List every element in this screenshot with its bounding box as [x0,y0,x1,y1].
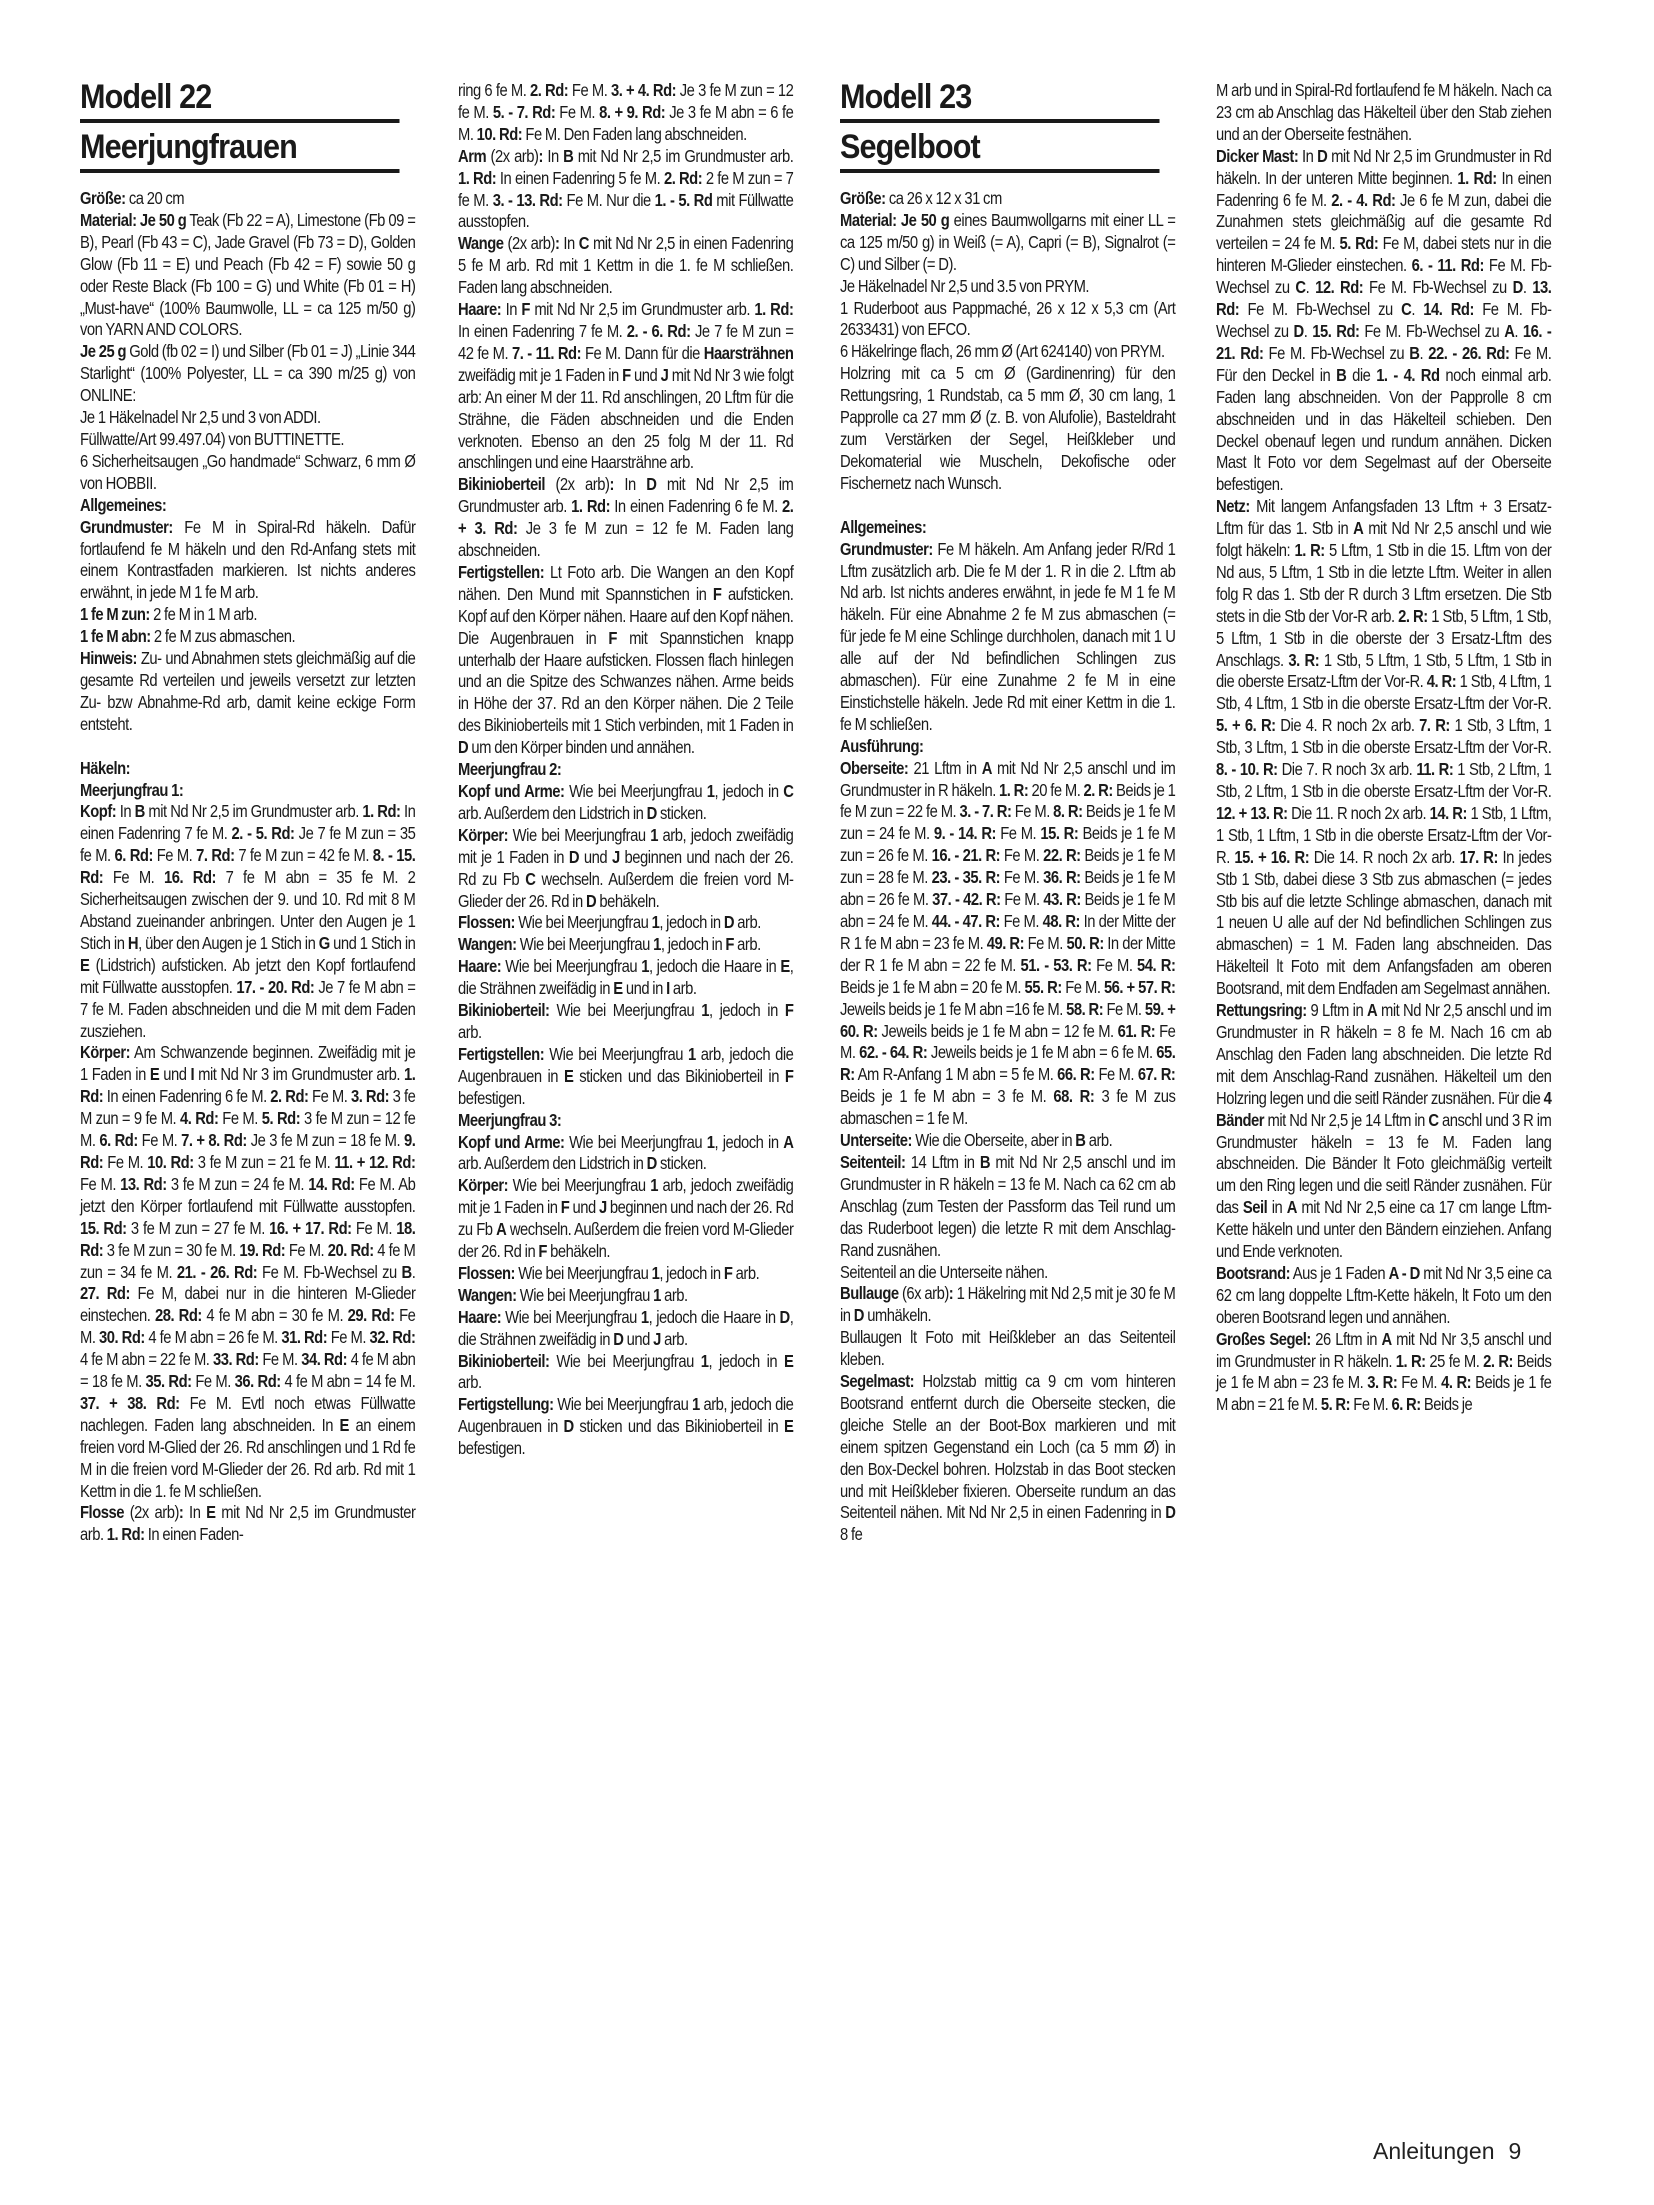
bold-label: D [458,737,468,757]
bold-label: Meerjungfrau 3: [458,1110,561,1130]
bold-label: D [586,891,596,911]
bold-label: C [579,233,589,253]
instruction-paragraph: Allgemeines: [80,495,415,517]
bold-label: J [599,1197,607,1217]
body-text: Füllwatte/Art 99.497.04) von BUTTINETTE. [80,429,344,449]
bold-label: 4. R: [1441,1372,1471,1392]
instruction-paragraph: Je Häkelnadel Nr 2,5 und 3.5 von PRYM. [840,276,1175,298]
bold-label: 22. - 26. Rd: [1428,343,1509,363]
body-text: . [1411,299,1423,319]
bold-label: C [1295,277,1305,297]
bold-label: 7. Rd: [196,845,234,865]
body-text: arb. Außerdem den Lidstrich in [458,1153,647,1173]
bold-label: 7. + 8. Rd: [181,1130,247,1150]
body-text: In [183,1502,206,1522]
bold-label: H [128,933,138,953]
instruction-paragraph: Flossen: Wie bei Meerjungfrau 1, jedoch … [458,912,793,934]
bold-label: A [783,1132,793,1152]
body-text: Fe M. [1397,1372,1441,1392]
bold-label: Großes Segel: [1216,1329,1311,1349]
body-text: In [501,299,521,319]
bold-label: 10. Rd: [147,1152,193,1172]
body-text: Die 7. R noch 3x arb. [1278,759,1417,779]
bold-label: A [1381,1329,1391,1349]
bold-label: 1 [641,1307,649,1327]
bold-label: Meerjungfrau 1: [80,780,183,800]
bold-label: 15. Rd: [1312,321,1359,341]
body-text: (2x arb) [486,146,538,166]
bold-label: E [340,1415,349,1435]
instruction-paragraph: 6 Häkelringe flach, 26 mm Ø (Art 624140)… [840,341,1175,363]
bold-label: 15. + 16. R: [1234,847,1309,867]
bold-label: 58. R: [1066,999,1103,1019]
body-text: 6 Häkelringe flach, 26 mm Ø (Art 624140)… [840,341,1165,361]
bold-label: 54. R: [1137,955,1175,975]
bold-label: D [724,912,734,932]
bold-label: Ausführung: [840,736,923,756]
body-text: 20 fe M. [1028,780,1083,800]
body-text: Wie bei Meerjungfrau [517,934,654,954]
instruction-paragraph: Unterseite: Wie die Oberseite, aber in B… [840,1130,1175,1152]
body-text: Fe M. [1000,867,1043,887]
bold-label: J [653,1329,661,1349]
body-text: Fe M. [259,1349,301,1369]
bold-label: A [1367,1000,1377,1020]
body-text: , jedoch die Haare in [649,1307,780,1327]
body-text: , jedoch die Haare in [649,956,780,976]
text-column-2: ring 6 fe M. 2. Rd: Fe M. 3. + 4. Rd: Je… [458,80,793,1460]
body-text: arb. [1086,1130,1113,1150]
instruction-paragraph: Meerjungfrau 3: [458,1110,793,1132]
body-text: Gold (fb 02 = I) und Silber (Fb 01 = J) … [80,341,415,405]
instruction-paragraph: Allgemeines: [840,517,1175,539]
body-text: 9 Lftm in [1307,1000,1367,1020]
bold-label: 8. - 10. R: [1216,759,1278,779]
body-text: und [579,847,612,867]
instruction-paragraph: Größe: ca 20 cm [80,188,415,210]
bold-label: 6. Rd: [114,845,152,865]
bold-label: 44. - 47. R: [932,911,1000,931]
body-text: arb. [458,1372,482,1392]
bold-label: Seil [1243,1197,1267,1217]
body-text: 21 Lftm in [908,758,981,778]
instruction-paragraph: Je 1 Häkelnadel Nr 2,5 und 3 von ADDI. [80,407,415,429]
body-text: Fe M. Dann für die [581,343,704,363]
body-text: In [543,146,563,166]
body-text: Wie bei Meerjungfrau [564,1132,706,1152]
bold-label: D [647,1153,657,1173]
body-text: arb. [670,978,697,998]
bold-label: 12. + 13. R: [1216,803,1288,823]
bold-label: 2. R: [1398,606,1428,626]
bold-label: F [785,1000,794,1020]
body-text: Beids je [1421,1394,1473,1414]
bold-label: E [80,955,89,975]
bold-label: 1 [652,912,660,932]
bold-label: 35. Rd: [146,1371,192,1391]
bold-label: D [613,1329,623,1349]
body-text: , jedoch in [659,1263,724,1283]
body-text: 4 fe M abn = 30 fe M. [202,1305,348,1325]
body-text: mit Nd Nr 3 im Grundmuster arb. [194,1064,404,1084]
bold-label: Rettungsring: [1216,1000,1307,1020]
body-text: Jeweils beids je 1 fe M abn =16 fe M. [840,999,1066,1019]
body-text: , jedoch in [661,934,726,954]
body-text: Wie bei Meerjungfrau [549,1000,701,1020]
body-text: umhäkeln. [864,1305,931,1325]
bold-label: B [1409,343,1419,363]
body-text: , jedoch in [714,1132,783,1152]
body-text: 3 fe M zun = 21 fe M. [194,1152,335,1172]
bold-label: Material: Je 50 g [80,210,186,230]
body-text: Fe M. [285,1240,328,1260]
instruction-paragraph: Bikinioberteil: Wie bei Meerjungfrau 1, … [458,1000,793,1044]
bold-label: 7. R: [1419,715,1450,735]
bold-label: Hinweis: [80,648,137,668]
bold-label: 1. Rd: [571,496,610,516]
body-text: 4 fe M abn = 26 fe M. [145,1327,281,1347]
instruction-paragraph: Bullauge (6x arb): 1 Häkelring mit Nd 2,… [840,1283,1175,1327]
instruction-paragraph: Holzring mit ca 5 cm Ø (Gardinenring) fü… [840,363,1175,494]
body-text: Wie bei Meerjungfrau [508,1175,650,1195]
body-text: mit Nd Nr 2,5 im Grundmuster arb. [530,299,754,319]
body-text: 14 Lftm in [905,1152,979,1172]
body-text: Fe M. [1000,911,1043,931]
body-text: in [1267,1197,1286,1217]
bold-label: 1 [653,1285,661,1305]
body-text: ring 6 fe M. [458,80,530,100]
bold-label: Haarsträhnen [704,343,794,363]
page-footer: Anleitungen9 [1373,2138,1521,2165]
bold-label: 30. Rd: [99,1327,145,1347]
bold-label: 7. - 11. Rd: [512,343,581,363]
bold-label: 1 [650,825,658,845]
instruction-paragraph: Häkeln: [80,758,415,780]
bold-label: D [854,1305,864,1325]
body-text: Fe M. [555,102,599,122]
body-text: Bullaugen lt Foto mit Heißkleber an das … [840,1327,1175,1369]
bold-label: D [647,803,657,823]
bold-label: 1 [692,1394,700,1414]
body-text: Fe M. [103,1152,147,1172]
body-text: In einen Fadenring 6 fe M. [103,1086,270,1106]
instruction-paragraph: 6 Sicherheitsaugen „Go handmade“ Schwarz… [80,451,415,495]
model-22-name-title: Meerjungfrauen [80,125,400,173]
body-text: befestigen. [458,1088,525,1108]
bold-label: Größe: [80,188,126,208]
bold-label: 29. Rd: [348,1305,395,1325]
body-text: , jedoch in [659,912,724,932]
bold-label: 1 [650,1175,658,1195]
bold-label: 6. R: [1391,1394,1420,1414]
body-text: Jeweils beids je 1 fe M abn = 6 fe M. [927,1042,1156,1062]
body-text: Fe M. [218,1108,261,1128]
bold-label: Haare: [458,299,501,319]
body-text: Fe M. Fb-Wechsel zu [1359,321,1504,341]
bold-label: 20. Rd: [328,1240,374,1260]
instruction-paragraph: 1 fe M abn: 2 fe M zus abmaschen. [80,626,415,648]
instruction-paragraph: Fertigstellen: Wie bei Meerjungfrau 1 ar… [458,1044,793,1110]
instruction-paragraph: Bootsrand: Aus je 1 Faden A - D mit Nd N… [1216,1263,1551,1329]
bold-label: 3. Rd: [351,1086,389,1106]
bold-label: 50. R: [1066,933,1103,953]
body-text: und [631,365,661,385]
instruction-paragraph: Wangen: Wie bei Meerjungfrau 1 arb. [458,1285,793,1307]
instruction-paragraph: Wange (2x arb): In C mit Nd Nr 2,5 in ei… [458,233,793,299]
body-text: mit Nd Nr 2,5 im Grundmuster arb. [573,146,793,166]
body-text: ca 26 x 12 x 31 cm [886,188,1002,208]
body-text: Die 4. R noch 2x arb. [1276,715,1420,735]
instruction-paragraph: Flosse (2x arb): In E mit Nd Nr 2,5 im G… [80,1502,415,1546]
bold-label: D [1294,321,1304,341]
body-text: In [1298,146,1317,166]
body-text: Holzring mit ca 5 cm Ø (Gardinenring) fü… [840,363,1175,493]
bold-label: D [780,1307,790,1327]
bold-label: F [785,1066,794,1086]
bold-label: 23. - 35. R: [932,867,1001,887]
bold-label: 2. R: [1084,780,1113,800]
bold-label: B [402,1262,412,1282]
page-number: 9 [1509,2138,1522,2164]
bold-label: 27. Rd: [80,1283,130,1303]
instruction-paragraph: Körper: Am Schwanzende beginnen. Zweifäd… [80,1042,415,1502]
bold-label: 5. R: [1321,1394,1350,1414]
instruction-paragraph: Segelmast: Holzstab mittig ca 9 cm vom h… [840,1371,1175,1546]
bold-label: 1. Rd: [458,168,496,188]
body-text: Fe M. [80,1174,120,1194]
body-text: , jedoch in [709,1000,785,1020]
bold-label: 1. - 4. Rd [1376,365,1439,385]
bold-label: 1. Rd: [107,1524,145,1544]
bold-label: 17. - 20. Rd: [236,977,314,997]
instruction-paragraph: Körper: Wie bei Meerjungfrau 1 arb, jedo… [458,825,793,913]
body-text: mit Nd Nr 2,5 im Grundmuster arb. [145,801,362,821]
bold-label: C [1428,1110,1438,1130]
bold-label: Körper: [458,1175,508,1195]
bold-label: Segelmast: [840,1371,914,1391]
bold-label: Häkeln: [80,758,130,778]
bold-label: Bootsrand: [1216,1263,1290,1283]
body-text: Fe M. [1350,1394,1391,1414]
bold-label: Körper: [458,825,508,845]
bold-label: 12. Rd: [1315,277,1363,297]
bold-label: D [569,847,579,867]
magazine-page: Modell 22 Meerjungfrauen Modell 23 Segel… [0,0,1654,2205]
body-text: Fe M. [103,867,164,887]
bold-label: 1 [707,781,715,801]
body-text: und [159,1064,190,1084]
instruction-paragraph: Größe: ca 26 x 12 x 31 cm [840,188,1175,210]
bold-label: B [1075,1130,1085,1150]
body-text: Fe M. [153,845,196,865]
instruction-paragraph: Rettungsring: 9 Lftm in A mit Nd Nr 2,5 … [1216,1000,1551,1263]
bold-label: 28. Rd: [155,1305,202,1325]
bold-label: Fertigstellen: [458,562,544,582]
bold-label: 1 [653,934,661,954]
bold-label: 15. R: [1040,823,1078,843]
bold-label: 4. R: [1427,671,1456,691]
bold-label: A - D [1389,1263,1420,1283]
bold-label: E [206,1502,215,1522]
body-text: ca 20 cm [126,188,185,208]
body-text: Wie bei Meerjungfrau [508,825,650,845]
bold-label: Fertigstellen: [458,1044,544,1064]
bold-label: 8. + 9. Rd: [599,102,665,122]
bold-label: F [608,628,617,648]
bold-label: C [783,781,793,801]
model-23-name-title: Segelboot [840,125,1160,173]
instruction-paragraph: Haare: Wie bei Meerjungfrau 1, jedoch di… [458,1307,793,1351]
bold-label: 1 [701,1000,709,1020]
bold-label: 10. Rd: [477,124,523,144]
body-text: 4 fe M abn = 14 fe M. [281,1371,416,1391]
body-text: . [1514,321,1523,341]
bold-label: 2. Rd: [530,80,568,100]
bold-label: F [521,299,530,319]
bold-label: Kopf: [80,801,116,821]
body-text: Fe M. Fb-Wechsel zu [1363,277,1512,297]
body-text: sticken und das Bikinioberteil in [573,1066,785,1086]
body-text: zweifädig mit je 1 Faden in [458,365,622,385]
body-text: Fe M. Den Faden lang abschneiden. [522,124,747,144]
bold-label: 67. R: [1138,1064,1176,1084]
body-text: . [412,1262,416,1282]
body-text: . [1419,343,1428,363]
bold-label: Bullauge [840,1283,899,1303]
bold-label: Bikinioberteil: [458,1000,549,1020]
bold-label: C [525,869,535,889]
model-22-heading: Modell 22 Meerjungfrauen [80,75,435,173]
body-text: Fe M. [1092,955,1137,975]
bold-label: 5. Rd: [1339,233,1378,253]
body-text: Die 11. R noch 2x arb. [1288,803,1430,823]
body-text: Wie bei Meerjungfrau [544,1044,688,1064]
instruction-paragraph: Netz: Mit langem Anfangsfaden 13 Lftm + … [1216,496,1551,1000]
bold-label: 1. R: [1294,540,1324,560]
body-text: , über den Augen je 1 Stich in [138,933,319,953]
instruction-paragraph: Kopf und Arme: Wie bei Meerjungfrau 1, j… [458,781,793,825]
bold-label: Wangen: [458,934,517,954]
body-text: und [623,1329,653,1349]
body-text: . [1523,277,1532,297]
body-text: 3 fe M zun = 24 fe M. [167,1174,309,1194]
bold-label: A [1504,321,1514,341]
body-text: Je 1 Häkelnadel Nr 2,5 und 3 von ADDI. [80,407,321,427]
body-text: Fe M. Nur die [563,190,655,210]
bold-label: 33. Rd: [213,1349,259,1369]
body-text: In einen Fadenring 7 fe M. [458,321,627,341]
bold-label: A [1353,518,1363,538]
body-text: Fe M häkeln. Am Anfang jeder R/Rd 1 Lftm… [840,539,1175,734]
bold-label: 5. Rd: [262,1108,300,1128]
bold-label: B [980,1152,990,1172]
bold-label: 2. Rd: [664,168,702,188]
instruction-paragraph: Ausführung: [840,736,1175,758]
body-text: Wie bei Meerjungfrau [515,912,652,932]
body-text: M arb und in Spiral-Rd fortlaufend fe M … [1216,80,1551,144]
body-text: 2 fe M in 1 M arb. [150,604,257,624]
model-23-heading: Modell 23 Segelboot [840,75,1195,173]
bold-label: 9. - 14. R: [934,823,996,843]
body-text: Fe M. [1103,999,1145,1019]
bold-label: 1 fe M zun: [80,604,150,624]
bold-label: E [780,956,789,976]
bold-label: Allgemeines: [80,495,166,515]
bold-label: 16. - 21. R: [932,845,1001,865]
instruction-paragraph: Flossen: Wie bei Meerjungfrau 1, jedoch … [458,1263,793,1285]
instruction-paragraph: Hinweis: Zu- und Abnahmen stets gleichmä… [80,648,415,736]
body-text: 6 Sicherheitsaugen „Go handmade“ Schwarz… [80,451,415,493]
bold-label: Grundmuster: [840,539,933,559]
bold-label: 2. - 4. Rd: [1331,190,1395,210]
bold-label: Haare: [458,1307,501,1327]
bold-label: 51. - 53. R: [1021,955,1092,975]
body-text: Wie bei Meerjungfrau [501,956,641,976]
bold-label: Arm [458,146,486,166]
bold-label: 2. - 5. Rd: [232,823,295,843]
bold-label: 1. - 5. Rd [655,190,713,210]
bold-label: J [661,365,669,385]
instruction-paragraph: Fertigstellung: Wie bei Meerjungfrau 1 a… [458,1394,793,1460]
body-text: arb. [458,1022,482,1042]
bold-label: 56. + 57. R: [1104,977,1175,997]
body-text: Jeweils beids je 1 fe M abn = 12 fe M. [878,1021,1118,1041]
bold-label: 14. R: [1430,803,1467,823]
bold-label: D [1513,277,1523,297]
bold-label: 1 [707,1132,715,1152]
bold-label: Kopf und Arme: [458,1132,564,1152]
body-text: Wie bei Meerjungfrau [549,1351,700,1371]
body-text: In einen Fadenring 5 fe M. [496,168,664,188]
body-text: Holzstab mittig ca 9 cm vom hinteren Boo… [840,1371,1175,1522]
body-text: Wie bei Meerjungfrau [501,1307,641,1327]
bold-label: 62. - 64. R: [859,1042,927,1062]
bold-label: 1 [652,1263,660,1283]
bold-label: 13. Rd: [120,1174,167,1194]
bold-label: B [1336,365,1346,385]
instruction-paragraph: M arb und in Spiral-Rd fortlaufend fe M … [1216,80,1551,146]
body-text: Fe M. [1011,801,1053,821]
bold-label: Unterseite: [840,1130,912,1150]
footer-section-label: Anleitungen [1373,2138,1495,2164]
bold-label: Dicker Mast: [1216,146,1298,166]
body-text: Fe M. [327,1327,369,1347]
bold-label: E [150,1064,159,1084]
body-text: Fe M. [1062,977,1104,997]
bold-label: 6. Rd: [99,1130,137,1150]
instruction-paragraph: Grundmuster: Fe M in Spiral-Rd häkeln. D… [80,517,415,605]
bold-label: 3. R: [1288,650,1319,670]
body-text: Fe M. [1095,1064,1138,1084]
paragraph-gap [840,495,1175,517]
body-text: In [559,233,578,253]
body-text: Fe M. [138,1130,181,1150]
body-text: , jedoch in [708,1351,784,1371]
body-text: sticken und das Bikinioberteil in [574,1416,784,1436]
body-text: arb. [734,912,761,932]
instruction-paragraph: Arm (2x arb): In B mit Nd Nr 2,5 im Grun… [458,146,793,234]
bold-label: 14. Rd: [1423,299,1474,319]
bold-label: Flossen: [458,1263,515,1283]
bold-label: 1. Rd: [1457,168,1496,188]
bold-label: Körper: [80,1042,130,1062]
instruction-paragraph: Fertigstellen: Lt Foto arb. Die Wangen a… [458,562,793,759]
body-text: 1 Ruderboot aus Pappmaché, 26 x 12 x 5,3… [840,298,1175,340]
bold-label: A [1287,1197,1297,1217]
body-text: Fe M. Fb-Wechsel zu [257,1262,401,1282]
bold-label: Meerjungfrau 2: [458,759,561,779]
bold-label: 1 [641,956,649,976]
